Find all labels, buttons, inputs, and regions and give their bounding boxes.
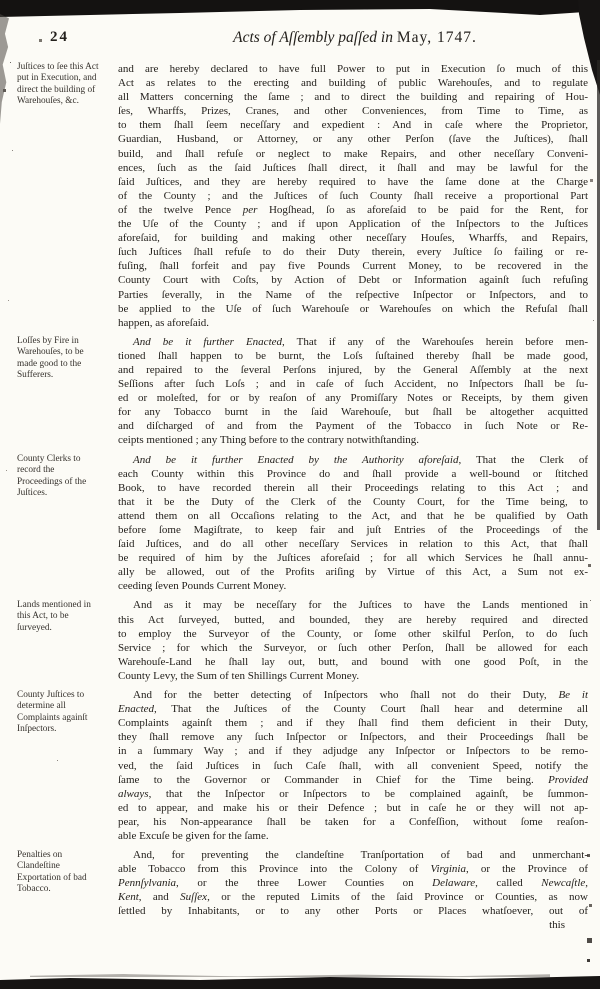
text-segment: before ſome Magiſtrate, to keep fair and… xyxy=(118,524,588,536)
text-line: before ſome Magiſtrate, to keep fair and… xyxy=(118,523,588,537)
text-line: County Levy, the Sum of ten Shillings Cu… xyxy=(118,669,588,683)
text-segment: , and xyxy=(139,891,180,903)
text-segment: , That if any of the Warehouſes herein b… xyxy=(282,336,588,348)
text-line: attend them on all Occaſions relating to… xyxy=(118,509,588,523)
text-segment: Enacted xyxy=(118,703,154,715)
text-line: in a ſummary Way ; and if they adjudge a… xyxy=(118,744,588,758)
text-line: that it be the Duty of the Clerk of the … xyxy=(118,495,588,509)
paragraph: And be it further Enacted, That if any o… xyxy=(118,335,588,448)
text-segment: Be it xyxy=(558,689,588,701)
text-segment: tioned ſhall happen to be burnt, the Loſ… xyxy=(118,350,588,362)
text-line: ſaid Juſtices, and do all other neceſſar… xyxy=(118,537,588,551)
text-line: And, for preventing the clandeſtine Tran… xyxy=(118,848,588,862)
text-segment: Service ; for which the Surveyor, or ſuc… xyxy=(118,642,588,654)
running-header: Acts of Aſſembly paſſed in May, 1747. xyxy=(120,29,590,47)
scan-edge-top xyxy=(0,0,600,26)
text-segment: And, for preventing the clandeſtine Tran… xyxy=(133,849,588,861)
page-number: 24 xyxy=(50,29,69,46)
text-segment: for any Tobacco burnt in the ſaid Wareho… xyxy=(118,406,588,418)
text-line: and diſcharged of and from the Payment o… xyxy=(118,419,588,433)
text-segment: ceeding ſeven Pounds Current Money. xyxy=(118,580,286,592)
text-segment: able Tobacco from this Province into the… xyxy=(118,863,431,875)
text-segment: and diſcharged of and from the Payment o… xyxy=(118,420,588,432)
text-segment: , xyxy=(585,877,588,889)
text-segment: in a ſummary Way ; and if they adjudge a… xyxy=(118,745,588,757)
text-segment: be required of him by the Juſtices afore… xyxy=(118,552,588,564)
text-line: able Excuſe be given for the ſame. xyxy=(118,829,588,843)
text-segment: per xyxy=(243,204,258,216)
text-segment: the Uſe of the County ; and if upon Appl… xyxy=(118,218,588,230)
text-line: ed or moleſted, for or by reaſon of any … xyxy=(118,391,588,405)
text-line: the Uſe of the County ; and if upon Appl… xyxy=(118,217,588,231)
text-line: this Act ſurveyed, butted, and bounded, … xyxy=(118,613,588,627)
text-segment: ſes, Wharffs, Prizes, Cranes, and other … xyxy=(118,105,588,117)
text-segment: County Court with Coſts, by Action of De… xyxy=(118,274,588,286)
text-segment: Pennſylvania xyxy=(118,877,176,889)
catchword: this xyxy=(549,919,565,931)
text-segment: attend them on all Occaſions relating to… xyxy=(118,510,588,522)
text-segment: to employ the Surveyor of the County, or… xyxy=(118,628,588,640)
text-line: be required of him by the Juſtices afore… xyxy=(118,551,588,565)
text-segment: Virginia xyxy=(431,863,466,875)
text-line: always, that the Inſpector or Inſpectors… xyxy=(118,787,588,801)
text-segment: this Act ſurveyed, butted, and bounded, … xyxy=(118,614,588,626)
text-line: to them ſhall ſeem neceſſary and expedie… xyxy=(118,118,588,132)
text-segment: Hogſhead, ſo as aforeſaid to be paid for… xyxy=(257,204,588,216)
text-segment: Parties ſeverally, in the Name of the re… xyxy=(118,289,588,301)
text-line: ſes, Wharffs, Prizes, Cranes, and other … xyxy=(118,104,588,118)
text-segment: Complaints againſt them ; and if they ſh… xyxy=(118,717,588,729)
text-segment: and repaired to the ſeveral Perſons inju… xyxy=(118,364,588,376)
text-line: ſuch Juſtices ſhall refuſe to do their D… xyxy=(118,245,588,259)
text-segment: all Matters concerning the ſame ; and to… xyxy=(118,91,588,103)
text-line: Act as relates to the erecting and build… xyxy=(118,76,588,90)
text-segment: each County within this Province do and … xyxy=(118,468,588,480)
text-segment: build, and ſhall refuſe or neglect to ma… xyxy=(118,148,588,160)
running-header-row: 24 Acts of Aſſembly paſſed in May, 1747. xyxy=(0,26,600,52)
body-text: and are hereby declared to have full Pow… xyxy=(118,62,588,924)
text-line: pear, his Non-appearance ſhall be taken … xyxy=(118,815,588,829)
text-line: ed to appear, and make his or their Defe… xyxy=(118,801,588,815)
text-segment: ſaid Juſtices, and they are hereby requi… xyxy=(118,176,588,188)
text-segment: Seſſions after ſuch Loſs ; and in caſe o… xyxy=(118,378,588,390)
text-segment: ences, ſuch as the ſaid Juſtices ſhall d… xyxy=(118,162,588,174)
text-segment: ved, the ſaid Juſtices in ſuch Caſe ſhal… xyxy=(118,760,588,772)
text-segment: to them ſhall ſeem neceſſary and expedie… xyxy=(118,119,588,131)
text-segment: always xyxy=(118,788,149,800)
text-segment: Warehouſe-Land he ſhall lay out, butt, a… xyxy=(118,656,588,668)
text-segment: and are hereby declared to have full Pow… xyxy=(118,63,588,75)
text-segment: Guardian, Husband, or Attorney, or any o… xyxy=(118,133,588,145)
text-segment: be applied to the Uſe of ſuch Warehouſe … xyxy=(118,303,588,315)
text-segment: , That the Clerk of xyxy=(458,454,588,466)
text-line: fuſing, ſhall forfeit and pay five Pound… xyxy=(118,259,588,273)
text-line: Warehouſe-Land he ſhall lay out, butt, a… xyxy=(118,655,588,669)
text-line: Complaints againſt them ; and if they ſh… xyxy=(118,716,588,730)
text-segment: ſame to the Governor or Commander in Chi… xyxy=(118,774,548,786)
text-line: and are hereby declared to have full Pow… xyxy=(118,62,588,76)
text-segment: of the County ; and the Juſtices of ſuch… xyxy=(118,190,588,202)
text-line: ſettled by Inhabitants, or to any other … xyxy=(118,904,588,918)
text-segment: County Levy, the Sum of ten Shillings Cu… xyxy=(118,670,359,682)
text-segment: ed to appear, and make his or their Defe… xyxy=(118,802,588,814)
text-line: tioned ſhall happen to be burnt, the Loſ… xyxy=(118,349,588,363)
text-segment: Book, to have recorded therein all their… xyxy=(118,482,588,494)
text-line: and repaired to the ſeveral Perſons inju… xyxy=(118,363,588,377)
text-line: Parties ſeverally, in the Name of the re… xyxy=(118,288,588,302)
text-segment: , or the Province of xyxy=(466,863,588,875)
margin-note-county-justices: County Juſtices to determine all Complai… xyxy=(17,690,101,736)
paragraph: and are hereby declared to have full Pow… xyxy=(118,62,588,330)
text-segment: of the twelve Pence xyxy=(118,204,243,216)
text-line: ſaid Juſtices, and they are hereby requi… xyxy=(118,175,588,189)
text-line: happen, as aforeſaid. xyxy=(118,316,588,330)
text-segment: And be it further Enacted xyxy=(133,336,282,348)
text-segment: they ſhall remove any ſuch Inſpector or … xyxy=(118,731,588,743)
text-segment: Provided xyxy=(548,774,588,786)
text-line: ved, the ſaid Juſtices in ſuch Caſe ſhal… xyxy=(118,759,588,773)
text-line: Kent, and Suſſex, or the reputed Limits … xyxy=(118,890,588,904)
text-line: to employ the Surveyor of the County, or… xyxy=(118,627,588,641)
paragraph: And as it may be neceſſary for the Juſti… xyxy=(118,598,588,683)
text-line: of the County ; and the Juſtices of ſuch… xyxy=(118,189,588,203)
text-segment: Newcaſtle xyxy=(541,877,585,889)
text-segment: ed or moleſted, for or by reaſon of any … xyxy=(118,392,588,404)
text-segment: And be it further Enacted by the Authori… xyxy=(133,454,458,466)
text-line: And for the better detecting of Inſpecto… xyxy=(118,688,588,702)
text-line: And be it further Enacted by the Authori… xyxy=(118,453,588,467)
text-segment: ſettled by Inhabitants, or to any other … xyxy=(118,905,588,917)
text-line: ceipts mentioned ; any Thing before to t… xyxy=(118,433,588,447)
text-line: able Tobacco from this Province into the… xyxy=(118,862,588,876)
text-segment: ally be allowed, out of the Profits ariſ… xyxy=(118,566,588,578)
text-line: all Matters concerning the ſame ; and to… xyxy=(118,90,588,104)
paragraph: And for the better detecting of Inſpecto… xyxy=(118,688,588,843)
scan-edge-bottom xyxy=(0,975,600,989)
scan-smudge xyxy=(30,974,550,977)
text-segment: Suſſex xyxy=(180,891,207,903)
paragraph: And be it further Enacted by the Authori… xyxy=(118,453,588,594)
text-line: Enacted, That the Juſtices of the County… xyxy=(118,702,588,716)
text-segment: ceipts mentioned ; any Thing before to t… xyxy=(118,434,419,446)
text-line: they ſhall remove any ſuch Inſpector or … xyxy=(118,730,588,744)
text-line: And be it further Enacted, That if any o… xyxy=(118,335,588,349)
margin-note-justices-execution: Juſtices to ſee this Act put in Executio… xyxy=(17,62,101,108)
text-segment: , that the Inſpector or Inſpectors to be… xyxy=(149,788,588,800)
text-segment: And as it may be neceſſary for the Juſti… xyxy=(133,599,588,611)
text-line: Guardian, Husband, or Attorney, or any o… xyxy=(118,132,588,146)
text-line: for any Tobacco burnt in the ſaid Wareho… xyxy=(118,405,588,419)
text-line: Book, to have recorded therein all their… xyxy=(118,481,588,495)
text-segment: happen, as aforeſaid. xyxy=(118,317,209,329)
scanned-page: 24 Acts of Aſſembly paſſed in May, 1747.… xyxy=(0,0,600,989)
margin-note-lands-surveyed: Lands mentioned in this Act, to be ſurve… xyxy=(17,600,101,634)
text-segment: , called xyxy=(475,877,541,889)
margin-note-penalties: Penalties on Clandeſtine Exportation of … xyxy=(17,850,101,896)
text-line: ſame to the Governor or Commander in Chi… xyxy=(118,773,588,787)
text-line: ences, ſuch as the ſaid Juſtices ſhall d… xyxy=(118,161,588,175)
paragraph: And, for preventing the clandeſtine Tran… xyxy=(118,848,588,918)
text-segment: pear, his Non-appearance ſhall be taken … xyxy=(118,816,588,828)
text-segment: , or the three Lower Counties on xyxy=(176,877,432,889)
text-segment: Delaware xyxy=(432,877,475,889)
margin-note-county-clerks: County Clerks to record the Proceedings … xyxy=(17,454,101,500)
margin-note-losses-by-fire: Loſſes by Fire in Warehouſes, to be made… xyxy=(17,336,101,382)
scan-noise-specks xyxy=(0,0,1,1)
text-segment: fuſing, ſhall forfeit and pay five Pound… xyxy=(118,260,588,272)
text-segment: , or the reputed Limits of the ſaid Prov… xyxy=(207,891,588,903)
text-line: of the twelve Pence per Hogſhead, ſo as … xyxy=(118,203,588,217)
text-line: be applied to the Uſe of ſuch Warehouſe … xyxy=(118,302,588,316)
text-line: build, and ſhall refuſe or neglect to ma… xyxy=(118,147,588,161)
text-segment: aforeſaid, for building and making other… xyxy=(118,232,588,244)
running-header-italic: Acts of Aſſembly paſſed in xyxy=(233,29,397,46)
text-line: Seſſions after ſuch Loſs ; and in caſe o… xyxy=(118,377,588,391)
text-segment: that it be the Duty of the Clerk of the … xyxy=(118,496,588,508)
running-header-date: May, 1747. xyxy=(397,29,477,46)
text-line: County Court with Coſts, by Action of De… xyxy=(118,273,588,287)
text-segment: Kent xyxy=(118,891,139,903)
text-line: Pennſylvania, or the three Lower Countie… xyxy=(118,876,588,890)
text-segment: , That the Juſtices of the County Court … xyxy=(154,703,588,715)
text-segment: ſuch Juſtices ſhall refuſe to do their D… xyxy=(118,246,588,258)
text-line: aforeſaid, for building and making other… xyxy=(118,231,588,245)
text-segment: And for the better detecting of Inſpecto… xyxy=(133,689,558,701)
text-line: each County within this Province do and … xyxy=(118,467,588,481)
text-segment: Act as relates to the erecting and build… xyxy=(118,77,588,89)
text-segment: ſaid Juſtices, and do all other neceſſar… xyxy=(118,538,588,550)
text-line: ceeding ſeven Pounds Current Money. xyxy=(118,579,588,593)
text-line: Service ; for which the Surveyor, or ſuc… xyxy=(118,641,588,655)
text-line: ally be allowed, out of the Profits ariſ… xyxy=(118,565,588,579)
text-line: And as it may be neceſſary for the Juſti… xyxy=(118,598,588,612)
text-segment: able Excuſe be given for the ſame. xyxy=(118,830,269,842)
